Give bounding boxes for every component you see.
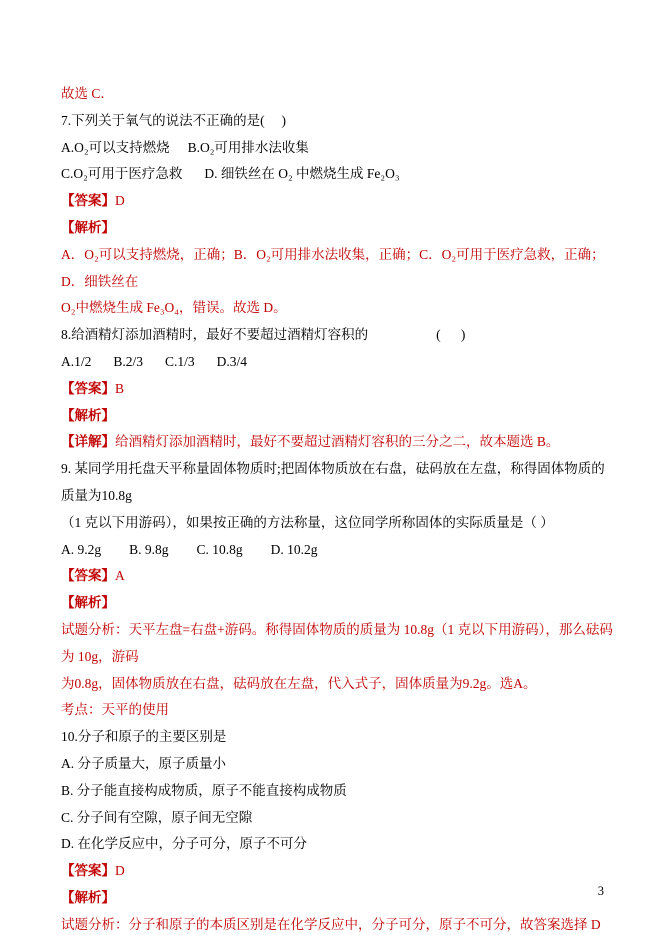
question-9-analysis-line-1: 试题分析：天平左盘=右盘+游码。称得固体物质的质量为 10.8g（1 克以下用游… [61, 617, 615, 671]
answer-value: A [115, 568, 125, 583]
question-10-option-b: B. 分子能直接构成物质，原子不能直接构成物质 [61, 778, 615, 805]
detail-text: 给酒精灯添加酒精时，最好不要超过酒精灯容积的三分之二，故本题选 B。 [115, 434, 559, 449]
answer-value: D [115, 863, 125, 878]
option-d: D.3/4 [217, 354, 247, 369]
answer-value: B [115, 381, 124, 396]
page-number: 3 [598, 884, 604, 899]
question-10-option-c: C. 分子间有空隙，原子间无空隙 [61, 805, 615, 832]
question-9-topic: 考点：天平的使用 [61, 697, 615, 724]
option-a: A.O₂可以支持燃烧 [61, 140, 170, 155]
question-8: 8.给酒精灯添加酒精时，最好不要超过酒精灯容积的( ) A.1/2B.2/3C.… [61, 322, 615, 456]
question-7-stem: 7.下列关于氧气的说法不正确的是( ) [61, 108, 615, 135]
option-c: C.1/3 [165, 354, 195, 369]
exam-document-page: { "page": { "number": "3", "background":… [0, 0, 661, 935]
question-10-stem: 10.分子和原子的主要区别是 [61, 724, 615, 751]
question-10-analysis-label: 【解析】 [61, 885, 615, 912]
document-body: 故选 C． 7.下列关于氧气的说法不正确的是( ) A.O₂可以支持燃烧B.O₂… [61, 81, 615, 935]
answer-value: D [115, 193, 125, 208]
option-a: A.1/2 [61, 354, 91, 369]
option-d: D. 细铁丝在 O₂ 中燃烧生成 Fe₂O₃ [204, 166, 399, 181]
answer-blank-parentheses: ( ) [436, 327, 465, 342]
question-7: 7.下列关于氧气的说法不正确的是( ) A.O₂可以支持燃烧B.O₂可用排水法收… [61, 108, 615, 322]
answer-label: 【答案】 [61, 193, 115, 208]
option-b: B. 9.8g [129, 542, 168, 557]
option-b: B.O₂可用排水法收集 [188, 140, 309, 155]
question-9-analysis-label: 【解析】 [61, 590, 615, 617]
detail-label: 【详解】 [61, 434, 115, 449]
question-7-analysis-line-2: O₂中燃烧生成 Fe₃O₄，错误。故选 D。 [61, 295, 615, 322]
answer-label: 【答案】 [61, 381, 115, 396]
question-8-stem: 8.给酒精灯添加酒精时，最好不要超过酒精灯容积的( ) [61, 322, 615, 349]
question-9: 9. 某同学用托盘天平称量固体物质时;把固体物质放在右盘，砝码放在左盘，称得固体… [61, 456, 615, 724]
question-9-stem-line-1: 9. 某同学用托盘天平称量固体物质时;把固体物质放在右盘，砝码放在左盘，称得固体… [61, 456, 615, 510]
question-9-answer: 【答案】A [61, 563, 615, 590]
question-7-analysis-label: 【解析】 [61, 215, 615, 242]
question-8-detail: 【详解】给酒精灯添加酒精时，最好不要超过酒精灯容积的三分之二，故本题选 B。 [61, 429, 615, 456]
question-9-analysis-line-2: 为0.8g，固体物质放在右盘，砝码放在左盘，代入式子，固体质量为9.2g。选A。 [61, 671, 615, 698]
answer-label: 【答案】 [61, 863, 115, 878]
question-10-option-a: A. 分子质量大，原子质量小 [61, 751, 615, 778]
question-10-option-d: D. 在化学反应中，分子可分，原子不可分 [61, 831, 615, 858]
option-c: C. 10.8g [197, 542, 243, 557]
question-9-stem-line-2: （1 克以下用游码），如果按正确的方法称量，这位同学所称固体的实际质量是（ ） [61, 510, 615, 537]
stem-text: 8.给酒精灯添加酒精时，最好不要超过酒精灯容积的 [61, 327, 368, 342]
prev-answer-tail: 故选 C． [61, 81, 615, 108]
question-7-analysis-line-1: A．O₂可以支持燃烧，正确；B．O₂可用排水法收集，正确；C．O₂可用于医疗急救… [61, 242, 615, 296]
option-b: B.2/3 [113, 354, 143, 369]
question-10: 10.分子和原子的主要区别是 A. 分子质量大，原子质量小 B. 分子能直接构成… [61, 724, 615, 935]
question-7-options-row-2: C.O₂可用于医疗急救D. 细铁丝在 O₂ 中燃烧生成 Fe₂O₃ [61, 161, 615, 188]
question-10-analysis: 试题分析：分子和原子的本质区别是在化学反应中，分子可分，原子不可分，故答案选择 … [61, 912, 615, 935]
option-d: D. 10.2g [271, 542, 318, 557]
question-7-answer: 【答案】D [61, 188, 615, 215]
question-10-answer: 【答案】D [61, 858, 615, 885]
question-7-options-row-1: A.O₂可以支持燃烧B.O₂可用排水法收集 [61, 135, 615, 162]
question-8-answer: 【答案】B [61, 376, 615, 403]
option-c: C.O₂可用于医疗急救 [61, 166, 182, 181]
answer-label: 【答案】 [61, 568, 115, 583]
question-8-options-row: A.1/2B.2/3C.1/3D.3/4 [61, 349, 615, 376]
question-9-options-row: A. 9.2gB. 9.8gC. 10.8gD. 10.2g [61, 537, 615, 564]
option-a: A. 9.2g [61, 542, 101, 557]
question-8-analysis-label: 【解析】 [61, 403, 615, 430]
